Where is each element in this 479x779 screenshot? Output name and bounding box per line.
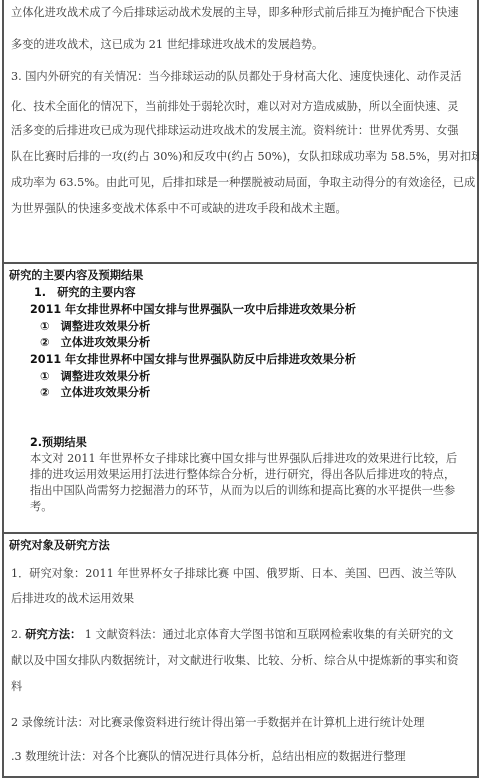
research-status-line: 3. 国内外研究的有关情况：当今排球运动的队员都处于身材高大化、速度快速化、动作… [11,68,462,84]
subheading-expected-results: 2.预期结果 [30,434,87,450]
method-number: 2. [11,628,22,641]
paragraph-line: 化、技术全面化的情况下，当前排处于弱轮次时，难以对对方造成威胁，所以全面快速、灵 [11,98,459,114]
paragraph-line: 为世界强队的快速多变战术体系中不可或缺的进攻手段和战术主题。 [11,200,347,216]
research-methods-line: 2. 研究方法： 1 文献资料法：通过北京体育大学图书馆和互联网检索收集的有关研… [11,626,453,642]
topic-item: ② 立体进攻效果分析 [40,384,150,400]
proposal-table: 立体化进攻战术成了今后排球运动战术发展的主导，即多种形式前后排互为掩护配合下快速… [2,0,479,778]
math-statistics-method: .3 数理统计法：对各个比赛队的情况进行具体分析，总结出相应的数据进行整理 [11,748,406,764]
expected-results-line: 指出中国队尚需努力挖掘潜力的环节，从而为以后的训练和提高比赛的水平提供一些参 [30,482,455,498]
topic-item: ② 立体进攻效果分析 [40,334,150,350]
expected-results-line: 本文对 2011 年世界杯女子排球比赛中国女排与世界强队后排进攻的效果进行比较，… [30,450,457,466]
method-label: 研究方法： [25,628,81,641]
video-statistics-method: 2 录像统计法：对比赛录像资料进行统计得出第一手数据并在计算机上进行统计处理 [11,714,424,730]
topic-item: ① 调整进攻效果分析 [40,318,150,334]
topic-first-attack: 2011 年女排世界杯中国女排与世界强队一攻中后排进攻效果分析 [30,301,356,317]
paragraph-line: 队在比赛时后排的一攻(约占 30%)和反攻中(约占 50%)，女队扣球成功率为 … [11,148,479,164]
expected-results-line: 排的进攻运用效果运用打法进行整体综合分析，进行研究，得出各队后排进攻的特点， [30,466,455,482]
topic-item: ① 调整进攻效果分析 [40,368,150,384]
section-heading: 研究的主要内容及预期结果 [9,267,143,283]
research-object-line: 1．研究对象：2011 年世界杯女子排球比赛 中国、俄罗斯、日本、美国、巴西、波… [11,565,456,581]
paragraph-line: 立体化进攻战术成了今后排球运动战术发展的主导，即多种形式前后排互为掩护配合下快速 [11,4,459,20]
content-results-cell: 研究的主要内容及预期结果 1. 研究的主要内容 2011 年女排世界杯中国女排与… [4,262,477,532]
subject-methods-cell: 研究对象及研究方法 1．研究对象：2011 年世界杯女子排球比赛 中国、俄罗斯、… [4,532,477,778]
background-cell: 立体化进攻战术成了今后排球运动战术发展的主导，即多种形式前后排互为掩护配合下快速… [4,0,477,262]
research-object-line: 后排进攻的战术运用效果 [11,590,134,606]
paragraph-line: 成功率为 63.5%。由此可见，后排扣球是一种摆脱被动局面，争取主动得分的有效途… [11,174,475,190]
expected-results-line: 考。 [30,498,52,514]
subheading-main-content: 1. 研究的主要内容 [34,284,136,300]
section-heading: 研究对象及研究方法 [9,537,110,553]
topic-counter-attack: 2011 年女排世界杯中国女排与世界强队防反中后排进攻效果分析 [30,351,356,367]
paragraph-line: 多变的进攻战术，这已成为 21 世纪排球进攻战术的发展趋势。 [11,36,323,52]
literature-method: 1 文献资料法：通过北京体育大学图书馆和互联网检索收集的有关研究的文 [81,628,453,641]
paragraph-line: 料 [11,678,22,694]
paragraph-line: 献以及中国女排队内数据统计，对文献进行收集、比较、分析、综合从中提炼新的事实和资 [11,652,459,668]
paragraph-line: 活多变的后排进攻已成为现代排球运动进攻战术的发展主流。资料统计：世界优秀男、女强 [11,122,459,138]
